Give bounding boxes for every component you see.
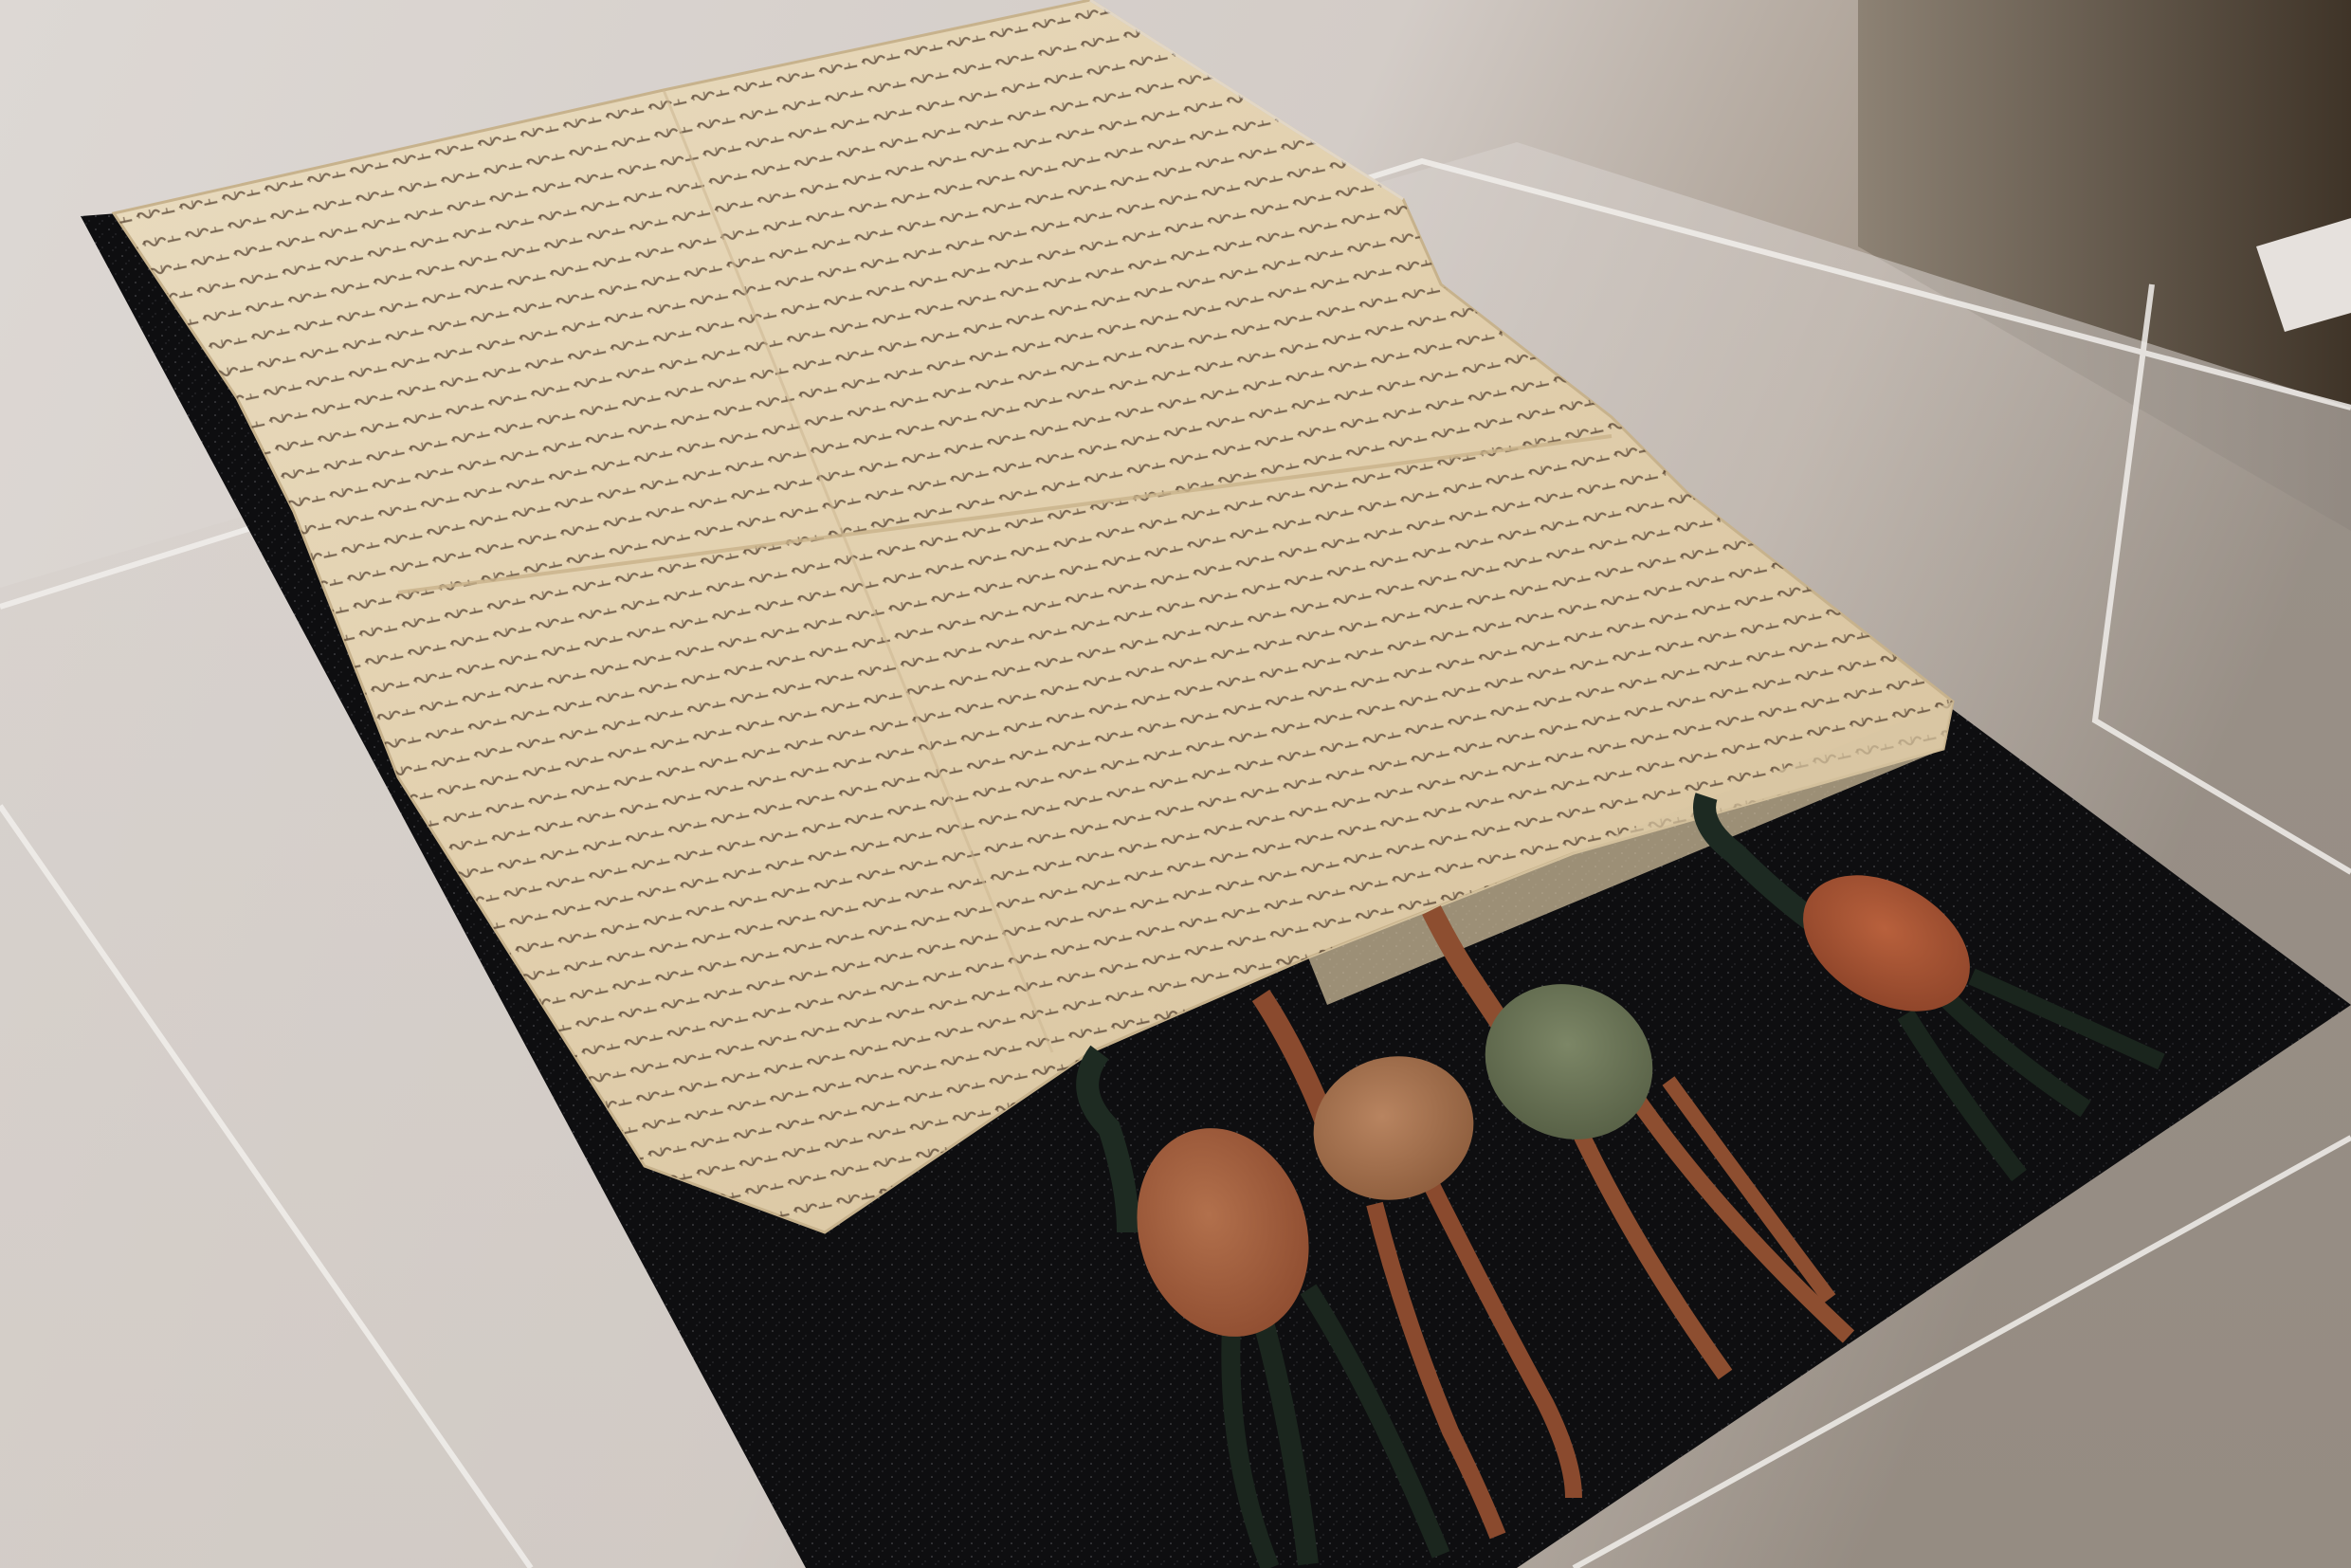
photo-scene: Medieval charter with five hanging wax s… — [0, 0, 2351, 1568]
photograph — [0, 0, 2351, 1568]
